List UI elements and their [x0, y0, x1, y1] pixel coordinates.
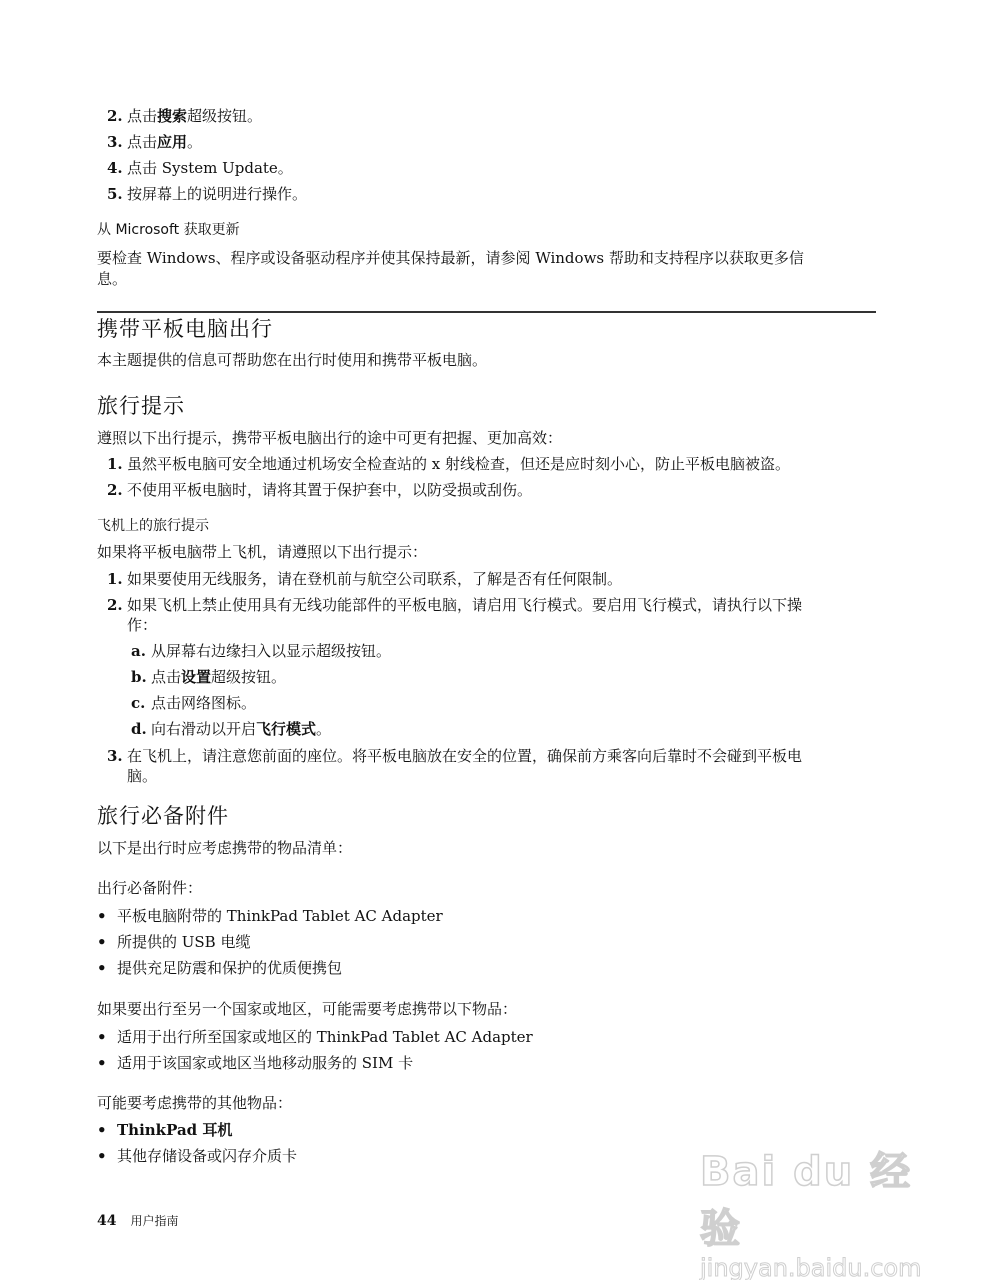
intl-label: 如果要出行至另一个国家或地区，可能需要考虑携带以下物品：: [97, 999, 517, 1019]
bullet-item: •其他存储设备或闪存介质卡: [97, 1146, 297, 1166]
tip-item: 2.不使用平板电脑时，请将其置于保护套中，以防受损或刮伤。: [107, 480, 532, 500]
airplane-item: 1.如果要使用无线服务，请在登机前与航空公司联系，了解是否有任何限制。: [107, 569, 622, 589]
substep-letter: c.: [131, 693, 151, 713]
airplane-item-number: 1.: [107, 569, 127, 589]
tip-text: 虽然平板电脑可安全地通过机场安全检查站的 x 射线检查，但还是应时刻小心，防止平…: [127, 455, 790, 473]
bullet-icon: •: [97, 1120, 117, 1140]
ms-update-text: 要检查 Windows、程序或设备驱动程序并使其保持最新，请参阅 Windows…: [97, 248, 804, 268]
substep-text: 点击网络图标。: [151, 694, 256, 712]
bullet-text: 适用于出行所至国家或地区的 ThinkPad Tablet AC Adapter: [117, 1028, 533, 1046]
ms-update-heading: 从 Microsoft 获取更新: [97, 220, 240, 240]
step-number: 2.: [107, 106, 127, 126]
airplane-intro: 如果将平板电脑带上飞机，请遵照以下出行提示：: [97, 542, 427, 562]
baidu-watermark: Bai du 经验 jingyan.baidu.com: [700, 1140, 940, 1240]
document-title: 用户指南: [130, 1214, 178, 1228]
step-text: 点击: [127, 107, 157, 125]
watermark-url: jingyan.baidu.com: [700, 1254, 940, 1280]
bullet-icon: •: [97, 906, 117, 926]
page-number: 44: [97, 1213, 116, 1229]
travel-intro: 本主题提供的信息可帮助您在出行时使用和携带平板电脑。: [97, 350, 487, 370]
tip-text: 不使用平板电脑时，请将其置于保护套中，以防受损或刮伤。: [127, 481, 532, 499]
bullet-text: 所提供的 USB 电缆: [117, 933, 250, 951]
tip-number: 1.: [107, 454, 127, 474]
ms-update-text-cont: 息。: [97, 269, 127, 289]
step-text: 点击 System Update。: [127, 159, 293, 177]
document-page: 2.点击搜索超级按钮。 3.点击应用。 4.点击 System Update。 …: [0, 0, 989, 1280]
tip-number: 2.: [107, 480, 127, 500]
travel-heading: 携带平板电脑出行: [97, 316, 273, 342]
airplane-item-text-cont: 作：: [127, 615, 157, 635]
step-number: 3.: [107, 132, 127, 152]
bullet-item: •适用于出行所至国家或地区的 ThinkPad Tablet AC Adapte…: [97, 1027, 533, 1047]
bullet-icon: •: [97, 958, 117, 978]
bullet-item: •ThinkPad 耳机: [97, 1120, 232, 1140]
bullet-icon: •: [97, 1053, 117, 1073]
bullet-text: 平板电脑附带的 ThinkPad Tablet AC Adapter: [117, 907, 443, 925]
substep-bold-text: 飞行模式: [256, 720, 316, 738]
substep-item: a.从屏幕右边缘扫入以显示超级按钮。: [131, 641, 391, 661]
tips-heading: 旅行提示: [97, 393, 185, 419]
step-item: 4.点击 System Update。: [107, 158, 293, 178]
bullet-icon: •: [97, 1146, 117, 1166]
step-item: 3.点击应用。: [107, 132, 202, 152]
bullet-icon: •: [97, 932, 117, 952]
tip-item: 1.虽然平板电脑可安全地通过机场安全检查站的 x 射线检查，但还是应时刻小心，防…: [107, 454, 790, 474]
substep-text: 从屏幕右边缘扫入以显示超级按钮。: [151, 642, 391, 660]
other-label: 可能要考虑携带的其他物品：: [97, 1093, 292, 1113]
step-text: 按屏幕上的说明进行操作。: [127, 185, 307, 203]
step-text: 超级按钮。: [187, 107, 262, 125]
substep-item: b.点击设置超级按钮。: [131, 667, 286, 687]
bullet-text: 适用于该国家或地区当地移动服务的 SIM 卡: [117, 1054, 413, 1072]
accessories-heading: 旅行必备附件: [97, 803, 229, 829]
substep-text: 超级按钮。: [211, 668, 286, 686]
tips-intro: 遵照以下出行提示，携带平板电脑出行的途中可更有把握、更加高效：: [97, 428, 562, 448]
substep-text: 向右滑动以开启: [151, 720, 256, 738]
bullet-text: 提供充足防震和保护的优质便携包: [117, 959, 342, 977]
step-item: 2.点击搜索超级按钮。: [107, 106, 262, 126]
substep-text: 。: [316, 720, 331, 738]
airplane-item-number: 2.: [107, 595, 127, 615]
section-divider: [97, 311, 876, 313]
bullet-text: 其他存储设备或闪存介质卡: [117, 1147, 297, 1165]
airplane-item-text: 如果要使用无线服务，请在登机前与航空公司联系，了解是否有任何限制。: [127, 570, 622, 588]
airplane-item-text-cont: 脑。: [127, 766, 157, 786]
bullet-item: •所提供的 USB 电缆: [97, 932, 250, 952]
essential-label: 出行必备附件：: [97, 878, 202, 898]
airplane-item-text: 如果飞机上禁止使用具有无线功能部件的平板电脑，请启用飞行模式。要启用飞行模式，请…: [127, 596, 802, 614]
airplane-item-number: 3.: [107, 746, 127, 766]
bullet-item: •平板电脑附带的 ThinkPad Tablet AC Adapter: [97, 906, 443, 926]
step-item: 5.按屏幕上的说明进行操作。: [107, 184, 307, 204]
step-bold-text: 应用: [157, 133, 187, 151]
baidu-logo-icon: Bai du 经验: [700, 1140, 940, 1254]
bullet-icon: •: [97, 1027, 117, 1047]
substep-item: d.向右滑动以开启飞行模式。: [131, 719, 331, 739]
page-footer: 44用户指南: [97, 1210, 179, 1229]
airplane-item: 2.如果飞机上禁止使用具有无线功能部件的平板电脑，请启用飞行模式。要启用飞行模式…: [107, 595, 802, 615]
bullet-item: •适用于该国家或地区当地移动服务的 SIM 卡: [97, 1053, 413, 1073]
step-number: 4.: [107, 158, 127, 178]
accessories-intro: 以下是出行时应考虑携带的物品清单：: [97, 838, 352, 858]
step-text: 。: [187, 133, 202, 151]
substep-letter: d.: [131, 719, 151, 739]
substep-letter: a.: [131, 641, 151, 661]
substep-letter: b.: [131, 667, 151, 687]
step-text: 点击: [127, 133, 157, 151]
substep-item: c.点击网络图标。: [131, 693, 256, 713]
step-number: 5.: [107, 184, 127, 204]
bullet-text: ThinkPad 耳机: [117, 1121, 232, 1139]
airplane-heading: 飞机上的旅行提示: [97, 516, 209, 536]
bullet-item: •提供充足防震和保护的优质便携包: [97, 958, 342, 978]
substep-text: 点击: [151, 668, 181, 686]
step-bold-text: 搜索: [157, 107, 187, 125]
substep-bold-text: 设置: [181, 668, 211, 686]
airplane-item-text: 在飞机上，请注意您前面的座位。将平板电脑放在安全的位置，确保前方乘客向后靠时不会…: [127, 747, 802, 765]
airplane-item: 3.在飞机上，请注意您前面的座位。将平板电脑放在安全的位置，确保前方乘客向后靠时…: [107, 746, 802, 766]
